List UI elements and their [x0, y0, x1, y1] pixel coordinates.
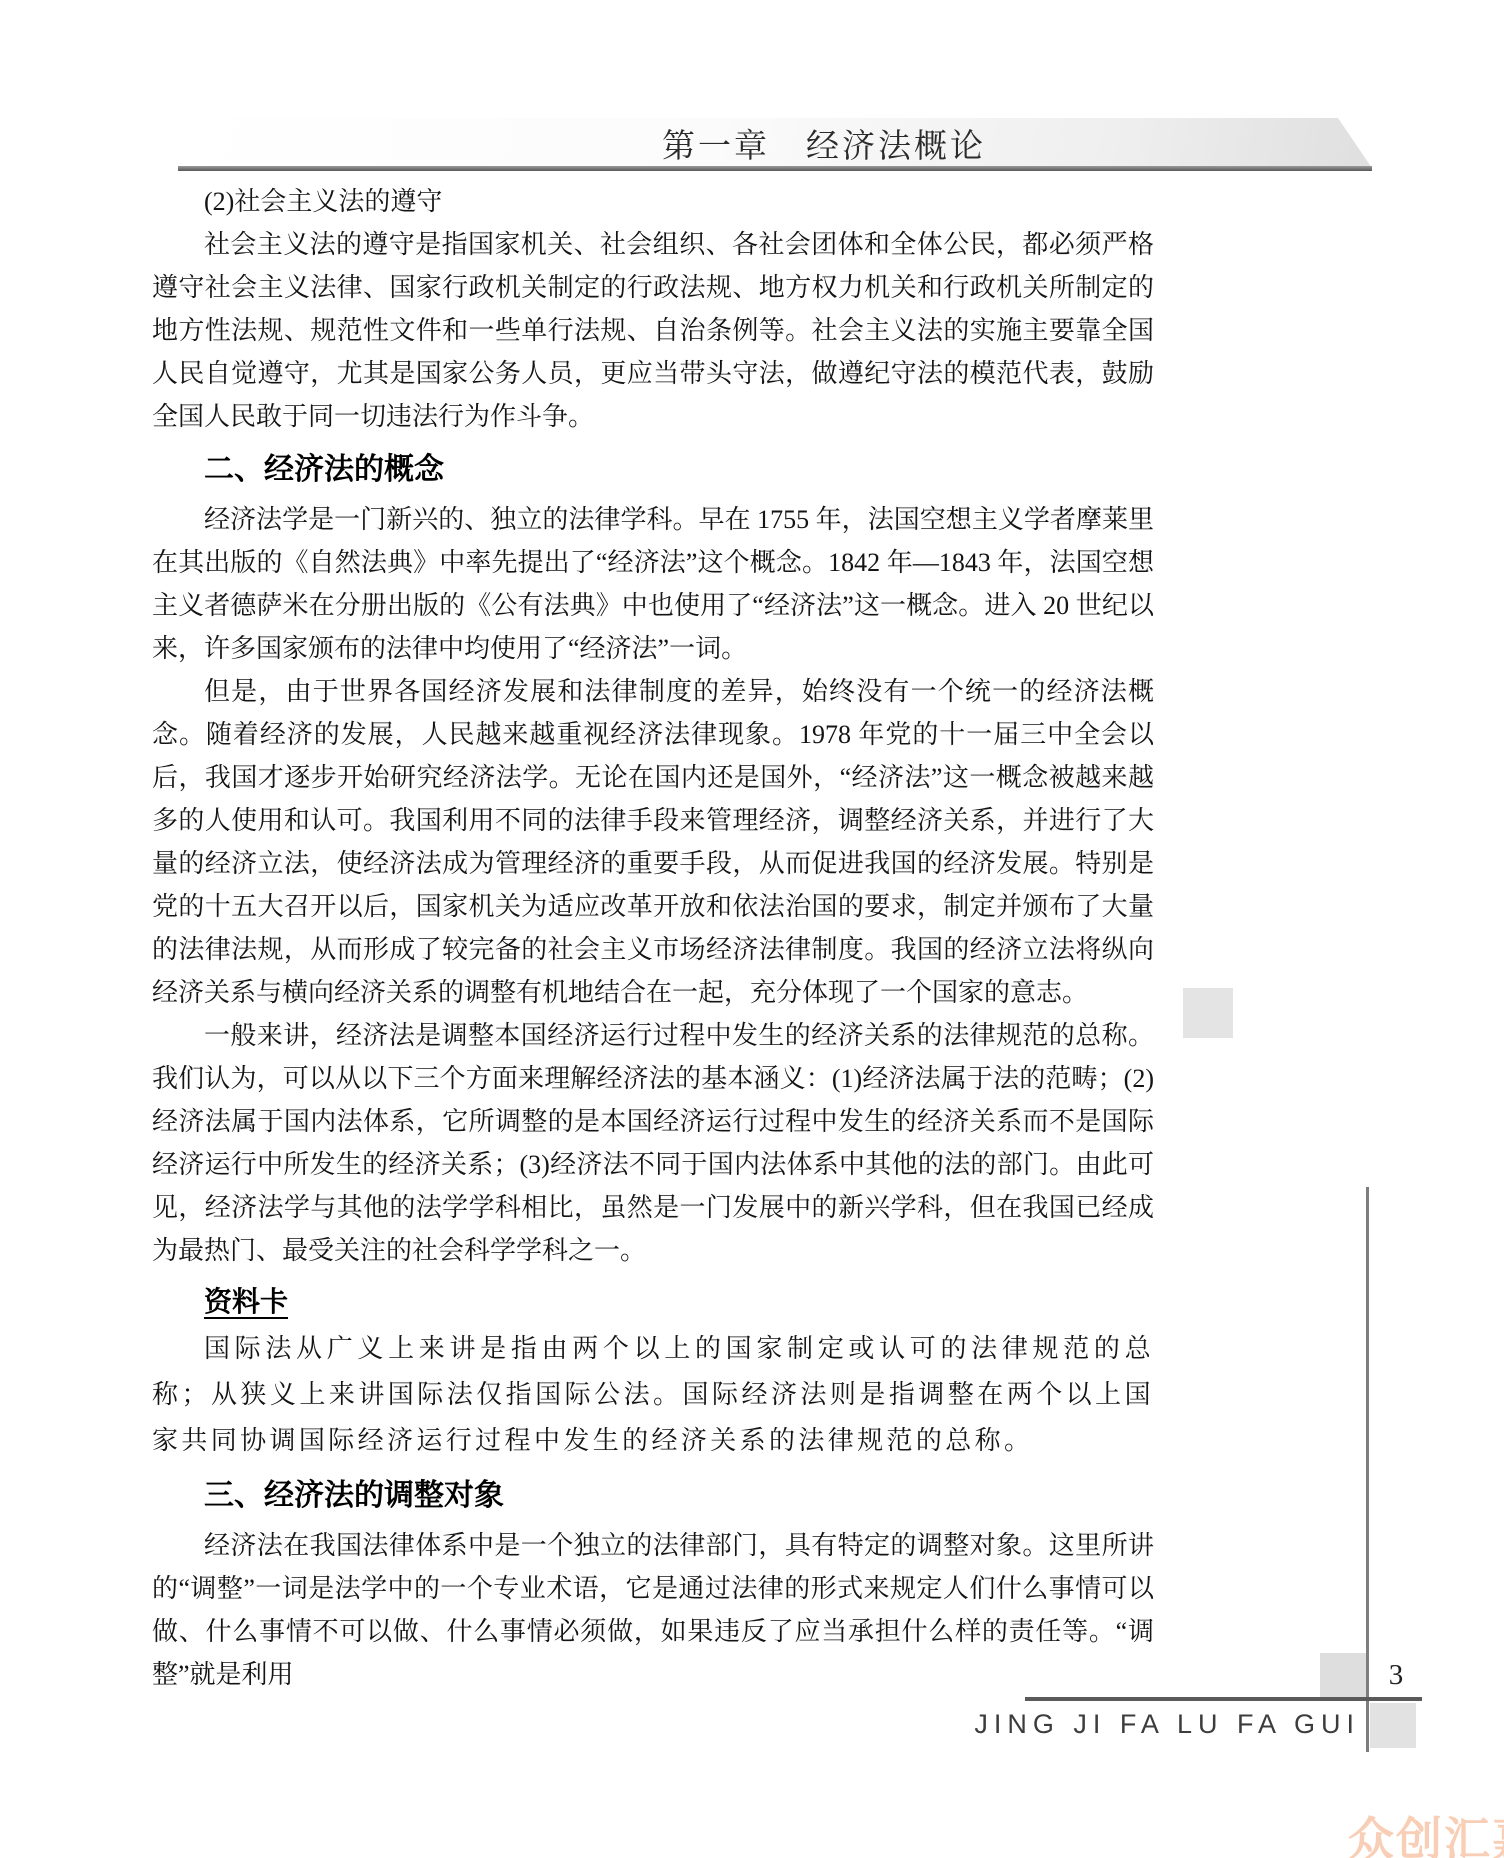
info-card-title: 资料卡	[204, 1284, 1154, 1320]
header-rule	[178, 166, 1372, 171]
info-card-body: 国际法从广义上来讲是指由两个以上的国家制定或认可的法律规范的总称；从狭义上来讲国…	[152, 1326, 1154, 1464]
page-body: (2)社会主义法的遵守 社会主义法的遵守是指国家机关、社会组织、各社会团体和全体…	[152, 180, 1154, 1696]
paragraph-law-observance: 社会主义法的遵守是指国家机关、社会组织、各社会团体和全体公民，都必须严格遵守社会…	[152, 223, 1154, 438]
running-footer-text: JING JI FA LU FA GUI	[660, 1707, 1360, 1741]
paragraph-concept-definition: 一般来讲，经济法是调整本国经济运行过程中发生的经济关系的法律规范的总称。我们认为…	[152, 1014, 1154, 1272]
margin-vertical-rule	[1366, 1187, 1369, 1752]
section-heading-concept: 二、经济法的概念	[204, 451, 1154, 489]
paragraph-concept-origin: 经济法学是一门新兴的、独立的法律学科。早在 1755 年，法国空想主义学者摩莱里…	[152, 498, 1154, 670]
footer-decor-square-right	[1370, 1703, 1416, 1748]
page-number: 3	[1378, 1655, 1414, 1695]
paragraph-adjust-object: 经济法在我国法律体系中是一个独立的法律部门，具有特定的调整对象。这里所讲的“调整…	[152, 1524, 1154, 1696]
footer-rule	[1025, 1697, 1422, 1701]
item-heading: (2)社会主义法的遵守	[152, 180, 1154, 223]
section-heading-adjust-object: 三、经济法的调整对象	[204, 1477, 1154, 1515]
watermark-text: 众创汇嘉	[1348, 1814, 1504, 1858]
book-page: 第一章 经济法概论 (2)社会主义法的遵守 社会主义法的遵守是指国家机关、社会组…	[0, 0, 1504, 1858]
chapter-title: 第一章 经济法概论	[662, 126, 986, 166]
footer-decor-square-left	[1320, 1653, 1366, 1697]
margin-decor-square	[1183, 988, 1233, 1038]
paragraph-concept-development: 但是，由于世界各国经济发展和法律制度的差异，始终没有一个统一的经济法概念。随着经…	[152, 670, 1154, 1014]
